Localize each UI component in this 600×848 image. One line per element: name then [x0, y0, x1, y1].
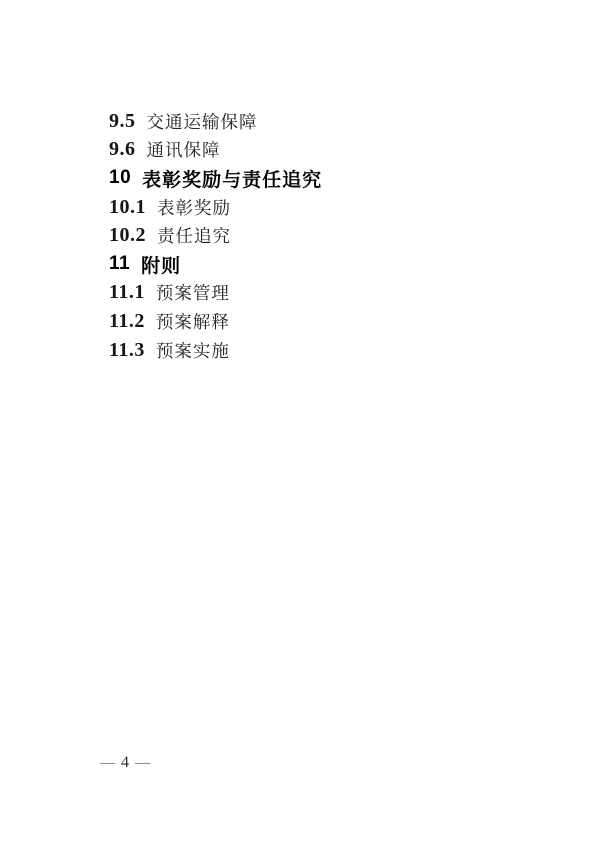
toc-item-label: 责任追究 — [157, 223, 231, 248]
toc-section-label: 附则 — [141, 251, 181, 278]
toc-section-label: 表彰奖励与责任追究 — [142, 165, 322, 192]
toc-item-number: 10.2 — [109, 224, 146, 247]
toc-item-9-6: 9.6 通讯保障 — [109, 136, 560, 165]
page-footer: — 4 — — [92, 753, 158, 773]
toc-item-11-1: 11.1 预案管理 — [109, 279, 560, 308]
table-of-contents: 9.5 交通运输保障 9.6 通讯保障 10 表彰奖励与责任追究 10.1 表彰… — [109, 107, 560, 364]
toc-section-11: 11 附则 — [109, 250, 560, 279]
toc-item-number: 11.2 — [109, 310, 145, 333]
footer-left-dash: — — [100, 756, 115, 771]
toc-item-9-5: 9.5 交通运输保障 — [109, 107, 560, 136]
toc-section-10: 10 表彰奖励与责任追究 — [109, 164, 560, 193]
footer-right-dash: — — [135, 756, 150, 771]
toc-item-label: 通讯保障 — [147, 137, 221, 162]
toc-item-number: 11.1 — [109, 281, 145, 304]
toc-item-10-2: 10.2 责任追究 — [109, 221, 560, 250]
toc-section-number: 11 — [109, 253, 130, 275]
toc-item-label: 预案实施 — [156, 338, 230, 363]
toc-item-label: 表彰奖励 — [157, 195, 231, 220]
toc-item-label: 预案解释 — [156, 309, 230, 334]
toc-item-number: 9.6 — [109, 138, 136, 161]
toc-item-11-2: 11.2 预案解释 — [109, 307, 560, 336]
toc-item-number: 9.5 — [109, 110, 136, 133]
document-page: 9.5 交通运输保障 9.6 通讯保障 10 表彰奖励与责任追究 10.1 表彰… — [0, 0, 600, 848]
toc-item-label: 交通运输保障 — [147, 109, 258, 134]
toc-item-11-3: 11.3 预案实施 — [109, 336, 560, 365]
toc-item-10-1: 10.1 表彰奖励 — [109, 193, 560, 222]
toc-item-label: 预案管理 — [156, 280, 230, 305]
toc-item-number: 11.3 — [109, 339, 145, 362]
toc-item-number: 10.1 — [109, 196, 146, 219]
page-number: 4 — [121, 755, 129, 771]
toc-section-number: 10 — [109, 167, 131, 189]
